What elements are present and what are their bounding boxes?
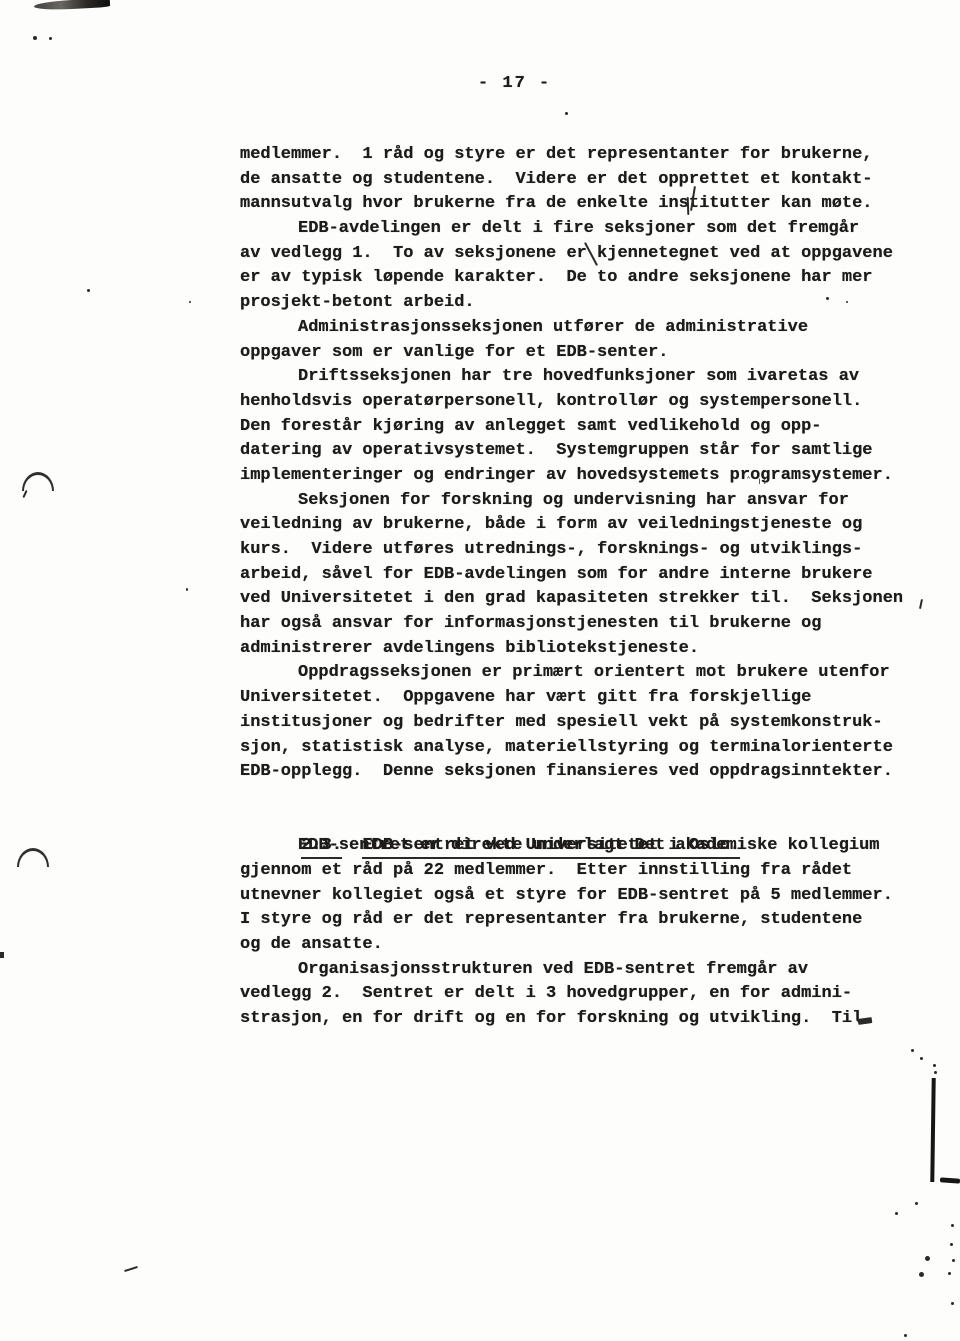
ink-speck	[846, 301, 848, 303]
ink-speck	[933, 1064, 936, 1067]
text-line: administrerer avdelingens bibliotekstjen…	[240, 637, 930, 662]
text-line: prosjekt-betont arbeid.	[240, 291, 930, 316]
text-line: Oppdragsseksjonen er primært orientert m…	[240, 661, 930, 686]
scan-artifact-dash	[940, 1177, 960, 1183]
ink-speck	[915, 1202, 918, 1205]
text-line: Organisasjonsstrukturen ved EDB-sentret …	[240, 958, 930, 983]
ink-speck	[565, 112, 568, 115]
ink-speck	[895, 1212, 898, 1215]
edge-mark	[0, 952, 4, 958]
text-line: I styre og råd er det representanter fra…	[240, 908, 930, 933]
scanned-document-page: - 17 - medlemmer. 1 råd og styre er det …	[0, 0, 960, 1341]
text-line: Den forestår kjøring av anlegget samt ve…	[240, 415, 930, 440]
ink-speck	[919, 1272, 924, 1277]
page-number: - 17 -	[478, 74, 551, 93]
text-line: datering av operativsystemet. Systemgrup…	[240, 439, 930, 464]
text-line: Driftsseksjonen har tre hovedfunksjoner …	[240, 365, 930, 390]
text-line: Administrasjonsseksjonen utfører de admi…	[240, 316, 930, 341]
ink-speck	[948, 1272, 951, 1275]
ink-speck	[950, 1243, 953, 1246]
ink-smudge-top-left	[34, 0, 110, 11]
ink-speck	[189, 301, 191, 303]
ink-speck	[826, 297, 829, 300]
section-heading: 2.3. EDB-sentret ved Universitetet i Osl…	[240, 810, 930, 835]
ink-speck	[911, 1049, 914, 1052]
text-line: sjon, statistisk analyse, materiellstyri…	[240, 736, 930, 761]
ink-speck	[934, 1071, 937, 1074]
text-line: er av typisk løpende karakter. De to and…	[240, 266, 930, 291]
text-line: henholdsvis operatørpersonell, kontrollø…	[240, 390, 930, 415]
text-line: EDB-opplegg. Denne seksjonen finansieres…	[240, 760, 930, 785]
scan-artifact-vertical-line	[930, 1078, 935, 1182]
text-line: institusjoner og bedrifter med spesiell …	[240, 711, 930, 736]
text-line: ved Universitetet i den grad kapasiteten…	[240, 587, 930, 612]
text-line: Seksjonen for forskning og undervisning …	[240, 489, 930, 514]
margin-pen-arc	[17, 848, 49, 867]
text-line: og de ansatte.	[240, 933, 930, 958]
text-line: oppgaver som er vanlige for et EDB-sente…	[240, 341, 930, 366]
document-body: medlemmer. 1 råd og styre er det represe…	[240, 143, 930, 1032]
text-line: veiledning av brukerne, både i form av v…	[240, 513, 930, 538]
text-line: vedlegg 2. Sentret er delt i 3 hovedgrup…	[240, 982, 930, 1007]
ink-speck	[186, 588, 188, 591]
text-line: utnevner kollegiet også et styre for EDB…	[240, 884, 930, 909]
paragraph-block-2: EDB-sentret er direkte underlagt Det aka…	[240, 834, 930, 1032]
text-line: har også ansvar for informasjonstjeneste…	[240, 612, 930, 637]
ink-speck	[951, 1302, 954, 1305]
text-line: EDB-sentret er direkte underlagt Det aka…	[240, 834, 930, 859]
margin-pen-arc	[22, 472, 54, 491]
paragraph-block-1: medlemmer. 1 råd og styre er det represe…	[240, 143, 930, 785]
pen-slash-bottom-left	[124, 1266, 138, 1272]
ink-speck	[951, 1224, 954, 1227]
text-line: kurs. Videre utføres utrednings-, forskn…	[240, 538, 930, 563]
ink-speck	[920, 1057, 923, 1060]
ink-speck	[49, 37, 52, 40]
text-line: EDB-avdelingen er delt i fire seksjoner …	[240, 217, 930, 242]
ink-speck	[33, 36, 37, 40]
margin-pen-curl	[22, 490, 27, 498]
text-line: implementeringer og endringer av hovedsy…	[240, 464, 930, 489]
handwritten-annotation: ˄ ı:	[746, 476, 768, 487]
ink-speck	[925, 1256, 930, 1261]
text-line: medlemmer. 1 råd og styre er det represe…	[240, 143, 930, 168]
text-line: strasjon, en for drift og en for forskni…	[240, 1007, 930, 1032]
text-line: Universitetet. Oppgavene har vært gitt f…	[240, 686, 930, 711]
ink-speck	[87, 289, 90, 292]
text-line: arbeid, såvel for EDB-avdelingen som for…	[240, 563, 930, 588]
ink-speck	[904, 1334, 907, 1337]
text-line: mannsutvalg hvor brukerne fra de enkelte…	[240, 192, 930, 217]
text-line: de ansatte og studentene. Videre er det …	[240, 168, 930, 193]
text-line: gjennom et råd på 22 medlemmer. Etter in…	[240, 859, 930, 884]
ink-speck	[952, 1259, 955, 1262]
